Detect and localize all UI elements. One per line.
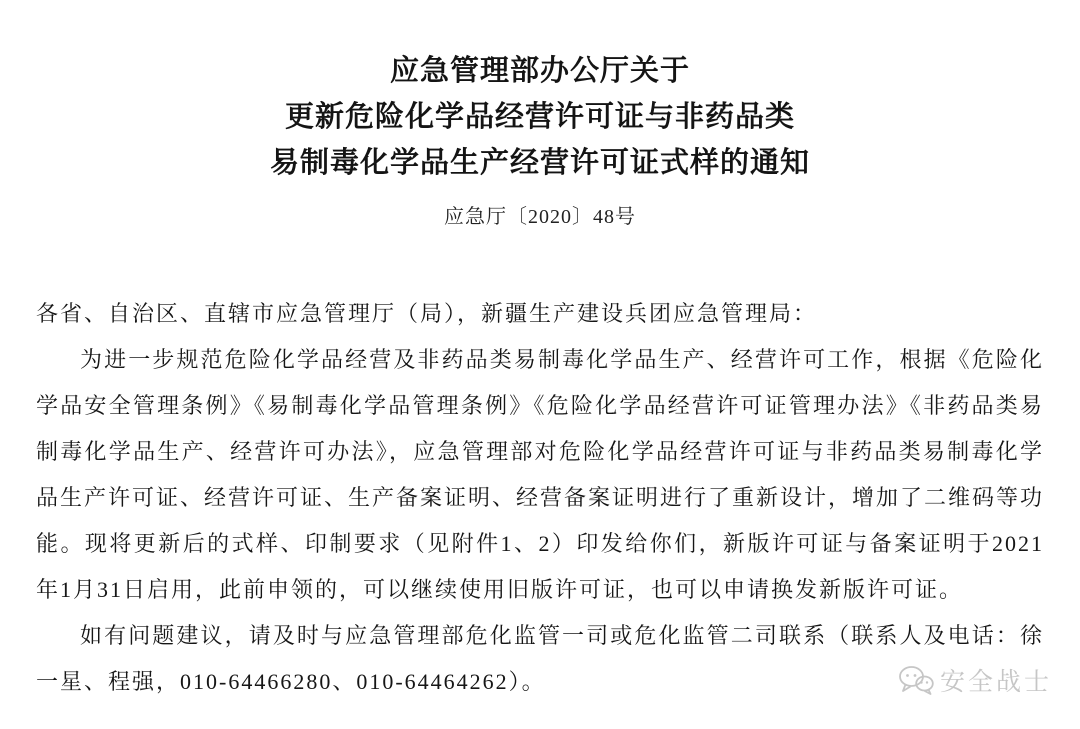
paragraph-contact: 如有问题建议，请及时与应急管理部危化监管一司或危化监管二司联系（联系人及电话：徐… xyxy=(36,613,1044,705)
document-title: 应急管理部办公厅关于 更新危险化学品经营许可证与非药品类 易制毒化学品生产经营许… xyxy=(36,48,1044,186)
title-line-1: 应急管理部办公厅关于 xyxy=(36,48,1044,94)
document-number: 应急厅〔2020〕48号 xyxy=(36,200,1044,229)
watermark-label: 安全战士 xyxy=(940,662,1052,698)
document-body: 各省、自治区、直辖市应急管理厅（局），新疆生产建设兵团应急管理局： 为进一步规范… xyxy=(36,291,1044,705)
paragraph-main: 为进一步规范危险化学品经营及非药品类易制毒化学品生产、经营许可工作，根据《危险化… xyxy=(36,337,1044,613)
title-line-3: 易制毒化学品生产经营许可证式样的通知 xyxy=(36,140,1044,186)
salutation: 各省、自治区、直辖市应急管理厅（局），新疆生产建设兵团应急管理局： xyxy=(36,291,1044,337)
wechat-icon xyxy=(898,665,934,695)
notice-document: 应急管理部办公厅关于 更新危险化学品经营许可证与非药品类 易制毒化学品生产经营许… xyxy=(0,0,1080,729)
title-line-2: 更新危险化学品经营许可证与非药品类 xyxy=(36,94,1044,140)
watermark: 安全战士 xyxy=(898,662,1052,698)
